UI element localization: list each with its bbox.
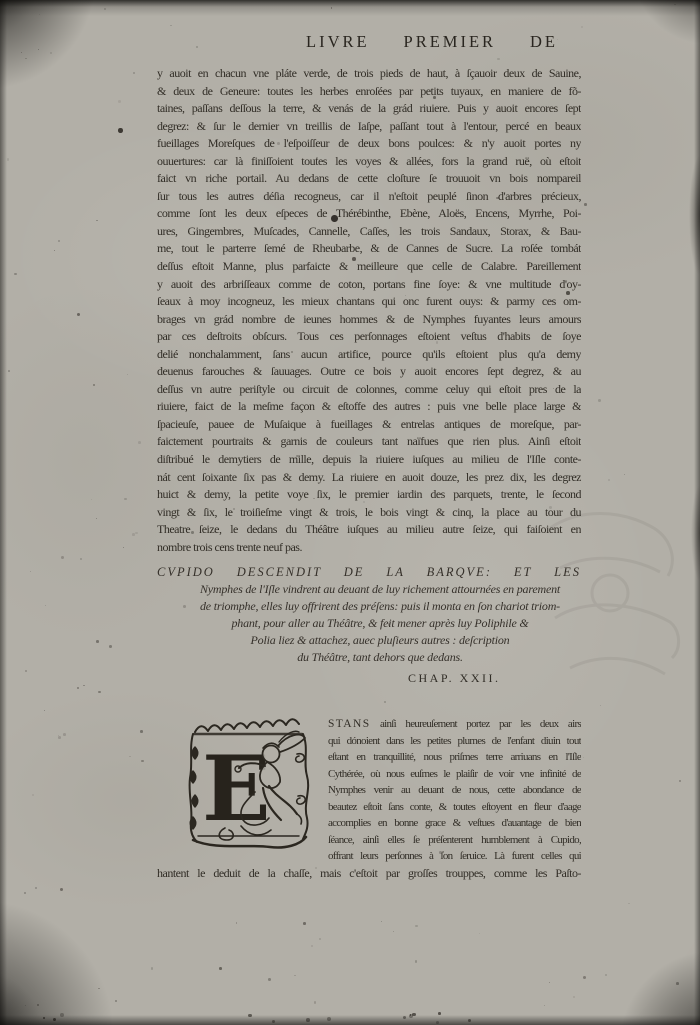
text-line: offrant leurs perſonnes à ſon ſeruice. L…: [328, 848, 581, 865]
text-line: nombre trois cens trente neuf pas.: [157, 539, 581, 557]
text-line: Nymphes venir au deuant de nous, cette a…: [328, 782, 581, 799]
text-line: Nymphes de l'Iſle vindrent au deuant de …: [179, 581, 581, 598]
text-line: faictement pourtraits & garnis de couleu…: [157, 433, 581, 451]
text-line: accomplies en bonne grace & veſtues d'au…: [328, 815, 581, 832]
last-line: hantent le deduit de la chaſſe, mais c'e…: [157, 865, 581, 883]
first-word-caps: STANS: [328, 718, 371, 730]
text-line: par ces deſtroits obſcurs. Tous ces perſ…: [157, 328, 581, 346]
text-line: du Théâtre, tant dehors que dedans.: [179, 649, 581, 666]
text-column: y auoit en chacun vne pláte verde, de tr…: [157, 65, 581, 883]
text-line: faict vn riche portail. Au dedans de cet…: [157, 170, 581, 188]
text-line: ouuertures: car là finiſſoient toutes le…: [157, 153, 581, 171]
text-line: beautez eſtoit ſans conte, & toutes eſto…: [328, 799, 581, 816]
text-line: ſéance, ainſi elles ſe préſenterent humb…: [328, 832, 581, 849]
text-line: nát cent ſoixante ſix pas & demy. La riu…: [157, 469, 581, 487]
text-line: deſſus vn autre periſtyle ou circuit de …: [157, 381, 581, 399]
text-line: & deux de Geneure: toutes les herbes enr…: [157, 83, 581, 101]
text-line: Polia liez & attachez, auec pluſieurs au…: [179, 632, 581, 649]
text-line: ſeaux à moy incogneuz, les mieux chantan…: [157, 293, 581, 311]
text-line: ſpacieuſe, pauee de Muſaique à fueillage…: [157, 416, 581, 434]
text-line: ures, Gingembres, Muſcades, Cannelle, Ca…: [157, 223, 581, 241]
body-paragraph: y auoit en chacun vne pláte verde, de tr…: [157, 65, 581, 556]
text-line: y auoit en chacun vne pláte verde, de tr…: [157, 65, 581, 83]
text-line: de triomphe, elles luy offrirent des pré…: [179, 598, 581, 615]
book-page: LIVRE PREMIER DE y auoit en chacun vne p…: [0, 0, 700, 1025]
text-line: ſur tous les autres déſia recogneus, car…: [157, 188, 581, 206]
chapter-heading: CHAP. XXII.: [157, 671, 581, 686]
argument-line1: CVPIDO DESCENDIT DE LA BARQVE: ET LES: [157, 563, 581, 581]
first-line-rest: ainſi heureuſement portez par les deux a…: [380, 718, 581, 730]
text-line: Theatre ſeize, le dedans du Théâtre iuſq…: [157, 521, 581, 539]
text-line: riuiere, faict de la meſme façon & eſtof…: [157, 398, 581, 416]
text-line: Cythérée, où nous euſmes le plaiſir de v…: [328, 766, 581, 783]
text-line: phant, pour aller au Théâtre, & feit men…: [179, 615, 581, 632]
text-line: y auoit des arbriſſeaux comme de coton, …: [157, 276, 581, 294]
text-line: deſſus eſtoit Manne, plus parfaicte & me…: [157, 258, 581, 276]
text-line: comme ſont les deux eſpeces de Thérébint…: [157, 205, 581, 223]
text-line: eſtant en tranquillité, nous priſmes ter…: [328, 749, 581, 766]
text-line: deuenus farouches & ſauuages. Outre ce b…: [157, 363, 581, 381]
text-line: qui dónoient dans les petites plumes de …: [328, 733, 581, 750]
running-header: LIVRE PREMIER DE: [306, 32, 558, 52]
drop-cap-woodcut: E: [185, 718, 312, 851]
text-line: me, tout le parterre ſemé de Rheubarbe, …: [157, 240, 581, 258]
text-line: huict & demy, la petite voye ſix, le pre…: [157, 486, 581, 504]
text-line: taines, paſſans deſſous la terre, & vená…: [157, 100, 581, 118]
text-line: delié nonchalamment, ſans aucun artifice…: [157, 346, 581, 364]
text-line: brages vn grád nombre de ieunes hommes &…: [157, 311, 581, 329]
text-line: vingt & ſix, le troiſieſme vingt & trois…: [157, 504, 581, 522]
drop-cap-letter: E: [202, 736, 271, 842]
argument-heading: CVPIDO DESCENDIT DE LA BARQVE: ET LES Ny…: [157, 563, 581, 666]
chapter-paragraph: E: [157, 716, 581, 883]
text-line: fueillages Moreſques de l'eſpoiſſeur de …: [157, 135, 581, 153]
argument-lines: Nymphes de l'Iſle vindrent au deuant de …: [157, 581, 581, 666]
text-line: degrez: & ſur le dernier vn treillis de …: [157, 118, 581, 136]
text-line: diſtribué le demytiers de mille, depuis …: [157, 451, 581, 469]
text-line: STANS ainſi heureuſement portez par les …: [328, 716, 581, 733]
